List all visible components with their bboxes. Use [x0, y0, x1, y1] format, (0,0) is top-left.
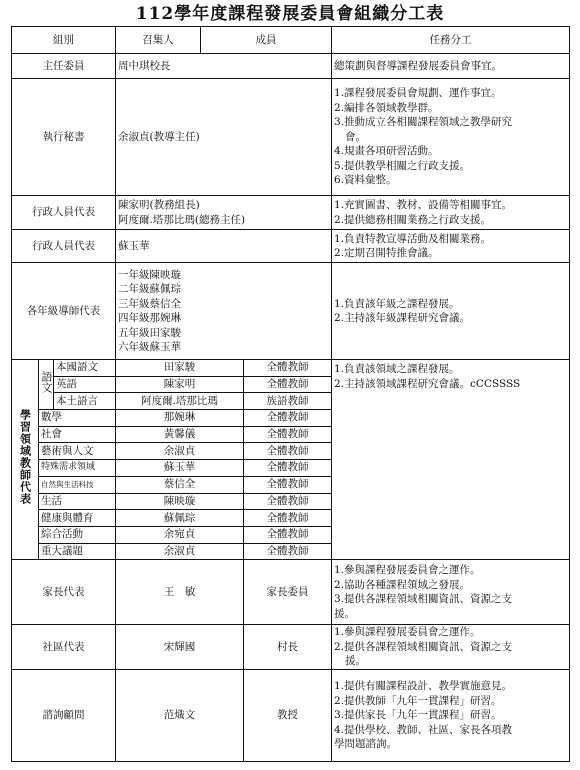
convener-cell: 蘇玉華	[116, 460, 244, 477]
subject-cell: 英語	[54, 376, 116, 393]
subject-cell: 重大議題	[39, 543, 116, 560]
duty-item: 4.提供學校、教師、社區、家長各項教	[334, 723, 569, 738]
convener-cell: 陳映璇	[116, 493, 244, 510]
convener-cell: 余淑貞(教導主任)	[116, 79, 332, 196]
duty-item-continued: 援。	[334, 654, 569, 669]
members-cell: 全體教師	[244, 410, 332, 427]
convener-cell: 范熾文	[116, 669, 244, 761]
convener-cell: 那婉琳	[116, 410, 244, 427]
duties-cell: 1.參與課程發展委員會之運作。 2.協助各種課程領域之發展。 3.提供各課程領域…	[332, 560, 570, 625]
subject-cell: 藝術與人文	[39, 443, 116, 460]
members-cell: 全體教師	[244, 443, 332, 460]
members-cell: 全體教師	[244, 476, 332, 493]
duties-cell: 1.負責特教宣導活動及相關業務。 2.定期召開特推會議。	[332, 230, 570, 263]
group-cell: 執行秘書	[12, 79, 116, 196]
duty-item: 2.提供總務相關業務之行政支援。	[334, 213, 569, 228]
duties-cell: 1.充實圖書、教材、設備等相關事宜。 2.提供總務相關業務之行政支援。	[332, 196, 570, 230]
convener-cell: 陳家明(教務組長) 阿度爾.塔那比瑪(總務主任)	[116, 196, 332, 230]
members-cell: 全體教師	[244, 510, 332, 527]
page-title: 112學年度課程發展委員會組織分工表	[0, 3, 580, 25]
duties-cell: 1.負責該年級之課程發展。 2.主持該年級課程研究會議。	[332, 263, 570, 360]
members-cell: 村長	[244, 625, 332, 670]
members-cell: 全體教師	[244, 460, 332, 477]
members-cell: 全體教師	[244, 543, 332, 560]
duty-item: 1.負責特教宣導活動及相關業務。	[334, 232, 569, 247]
header-convener: 召集人	[116, 27, 201, 54]
row-homeroom: 各年級導師代表 一年級陳映璇 二年級蘇佩琮 三年級蔡信全 四年級那婉琳 五年級田…	[12, 263, 570, 360]
language-label: 語文	[39, 371, 54, 393]
row-director: 主任委員 周中琪校長 總策劃與督導課程發展委員會事宜。	[12, 54, 570, 79]
duties-cell: 1.負責該領域之課程發展。 2.主持該領域課程研究會議。cCCSSSS	[332, 360, 570, 560]
duty-item: 3.提供家長「九年一貫課程」研習。	[334, 708, 569, 723]
row-community: 社區代表 宋輝國 村長 1.參與課程發展委員會之運作。 2.提供各課程領域相關資…	[12, 625, 570, 670]
group-cell: 行政人員代表	[12, 230, 116, 263]
organization-table: 組別 召集人 成員 任務分工 主任委員 周中琪校長 總策劃與督導課程發展委員會事…	[11, 26, 570, 762]
members-cell: 全體教師	[244, 376, 332, 393]
duty-item: 1.充實圖書、教材、設備等相關事宜。	[334, 198, 569, 213]
subject-cell: 本國語文	[54, 360, 116, 377]
members-cell: 全體教師	[244, 426, 332, 443]
duty-item: 5.提供教學相關之行政支援。	[334, 159, 569, 174]
convener-cell: 王 敏	[116, 560, 244, 625]
duty-item: 1.負責該年級之課程發展。	[334, 297, 569, 312]
convener-cell: 余淑貞	[116, 543, 244, 560]
group-cell: 各年級導師代表	[12, 263, 116, 360]
subject-cell: 健康與體育	[39, 510, 116, 527]
duty-item: 2.編排各領域教學群。	[334, 101, 569, 116]
subject-cell: 生活	[39, 493, 116, 510]
convener-cell: 余宛貞	[116, 526, 244, 543]
members-cell: 全體教師	[244, 526, 332, 543]
duty-item: 2.定期召開特推會議。	[334, 246, 569, 261]
row-admin-1: 行政人員代表 陳家明(教務組長) 阿度爾.塔那比瑪(總務主任) 1.充實圖書、教…	[12, 196, 570, 230]
row-parents: 家長代表 王 敏 家長委員 1.參與課程發展委員會之運作。 2.協助各種課程領域…	[12, 560, 570, 625]
subject-cell: 特殊需求領域	[39, 460, 116, 477]
convener-cell: 蘇佩琮	[116, 510, 244, 527]
duty-item: 2.主持該年級課程研究會議。	[334, 311, 569, 326]
convener-cell: 一年級陳映璇 二年級蘇佩琮 三年級蔡信全 四年級那婉琳 五年級田家駿 六年級蘇玉…	[116, 263, 332, 360]
duty-item-continued: 援。	[334, 607, 569, 622]
convener-item: 四年級那婉琳	[118, 311, 331, 326]
group-cell: 家長代表	[12, 560, 116, 625]
duty-item: 2.協助各種課程領域之發展。	[334, 578, 569, 593]
header-row: 組別 召集人 成員 任務分工	[12, 27, 570, 54]
group-cell: 行政人員代表	[12, 196, 116, 230]
header-group: 組別	[12, 27, 116, 54]
duty-item-continued: 會。	[334, 130, 569, 145]
convener-item: 五年級田家駿	[118, 326, 331, 341]
row-secretary: 執行秘書 余淑貞(教導主任) 1.課程發展委員會規劃、運作事宜。 2.編排各領域…	[12, 79, 570, 196]
duties-cell: 1.提供有關課程設計、教學實施意見。 2.提供教師「九年一貫課程」研習。 3.提…	[332, 669, 570, 761]
members-cell: 家長委員	[244, 560, 332, 625]
header-duties: 任務分工	[332, 27, 570, 54]
subject-cell: 本土語言	[54, 393, 116, 410]
convener-cell: 蘇玉華	[116, 230, 332, 263]
members-cell: 族語教師	[244, 393, 332, 410]
convener-item: 六年級蘇玉華	[118, 340, 331, 355]
duty-item: 1.參與課程發展委員會之運作。	[334, 563, 569, 578]
convener-cell: 蔡信全	[116, 476, 244, 493]
duties-cell: 1.參與課程發展委員會之運作。 2.提供各課程領域相關資訊、資源之支 援。	[332, 625, 570, 670]
row-advisor: 諮詢顧問 范熾文 教授 1.提供有關課程設計、教學實施意見。 2.提供教師「九年…	[12, 669, 570, 761]
duty-item: 1.負責該領域之課程發展。	[334, 362, 569, 377]
domain-row: 學習領域教師代表 語文 本國語文 田家駿 全體教師 1.負責該領域之課程發展。 …	[12, 360, 570, 377]
duty-item: 2.主持該領域課程研究會議。cCCSSSS	[334, 377, 569, 392]
duty-item: 4.規畫各項研習活動。	[334, 144, 569, 159]
members-cell: 全體教師	[244, 493, 332, 510]
convener-item: 二年級蘇佩琮	[118, 282, 331, 297]
members-cell: 教授	[244, 669, 332, 761]
convener-item: 三年級蔡信全	[118, 297, 331, 312]
group-cell: 社區代表	[12, 625, 116, 670]
subject-cell: 自然與生活科技	[39, 476, 116, 493]
convener-cell: 陳家明	[116, 376, 244, 393]
members-cell: 全體教師	[244, 360, 332, 377]
duties-cell: 總策劃與督導課程發展委員會事宜。	[332, 54, 570, 79]
duty-item: 1.提供有關課程設計、教學實施意見。	[334, 679, 569, 694]
convener-cell: 周中琪校長	[116, 54, 332, 79]
duty-item-continued: 學問題諮詢。	[334, 737, 569, 752]
domain-group-label: 學習領域教師代表	[18, 409, 33, 505]
convener-cell: 宋輝國	[116, 625, 244, 670]
convener-item: 陳家明(教務組長)	[118, 198, 331, 213]
language-cell: 語文	[39, 360, 54, 410]
convener-item: 阿度爾.塔那比瑪(總務主任)	[118, 213, 331, 228]
duty-item: 2.提供各課程領域相關資訊、資源之支	[334, 640, 569, 655]
duty-item: 6.資料彙整。	[334, 173, 569, 188]
group-cell: 主任委員	[12, 54, 116, 79]
convener-cell: 余淑貞	[116, 443, 244, 460]
subject-cell: 社會	[39, 426, 116, 443]
duty-item: 3.推動成立各相關課程領域之教學研究	[334, 115, 569, 130]
duty-item: 1.課程發展委員會規劃、運作事宜。	[334, 86, 569, 101]
duty-item: 3.提供各課程領域相關資訊、資源之支	[334, 592, 569, 607]
convener-item: 一年級陳映璇	[118, 268, 331, 283]
duty-item: 1.參與課程發展委員會之運作。	[334, 625, 569, 640]
duty-item: 2.提供教師「九年一貫課程」研習。	[334, 694, 569, 709]
duties-cell: 1.課程發展委員會規劃、運作事宜。 2.編排各領域教學群。 3.推動成立各相關課…	[332, 79, 570, 196]
subject-cell: 數學	[39, 410, 116, 427]
convener-cell: 田家駿	[116, 360, 244, 377]
row-admin-2: 行政人員代表 蘇玉華 1.負責特教宣導活動及相關業務。 2.定期召開特推會議。	[12, 230, 570, 263]
group-cell: 諮詢顧問	[12, 669, 116, 761]
convener-cell: 阿度爾.塔那比瑪	[116, 393, 244, 410]
domain-group-cell: 學習領域教師代表	[12, 360, 39, 560]
header-members: 成員	[201, 27, 332, 54]
subject-cell: 綜合活動	[39, 526, 116, 543]
convener-cell: 黃馨儀	[116, 426, 244, 443]
